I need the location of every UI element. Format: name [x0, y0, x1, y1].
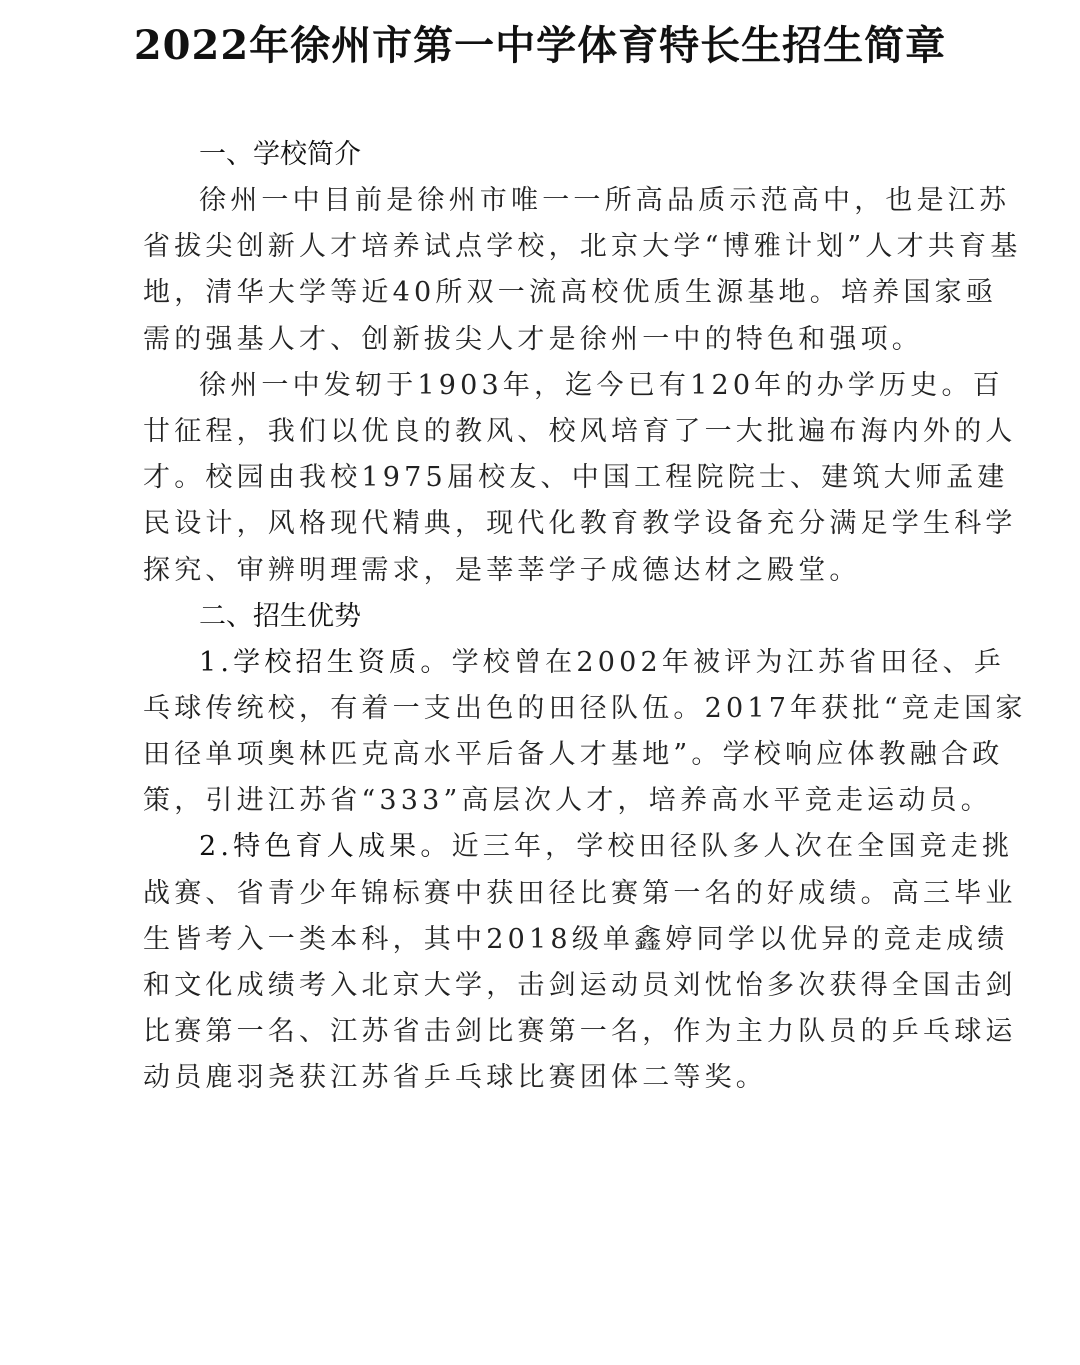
paragraph-school-intro-2: 徐州一中发轫于1903年，迄今已有120年的办学历史。百 廿征程，我们以优良的教…: [143, 363, 943, 594]
text-line: 探究、审辨明理需求，是莘莘学子成德达材之殿堂。: [143, 548, 943, 594]
document-page: 2022年徐州市第一中学体育特长生招生简章 一、学校简介 徐州一中目前是徐州市唯…: [0, 0, 1080, 1365]
text-line: 才。校园由我校1975届校友、中国工程院院士、建筑大师孟建: [143, 455, 943, 501]
text-line: 策，引进江苏省“333”高层次人才，培养高水平竞走运动员。: [143, 778, 943, 824]
text-line-remainder: 学校曾在2002年被评为江苏省田径、乒: [452, 647, 1006, 678]
subheading-education-achievements: 2.特色育人成果。: [199, 831, 452, 862]
text-line: 地，清华大学等近40所双一流高校优质生源基地。培养国家亟: [143, 270, 943, 316]
text-line-remainder: 近三年，学校田径队多人次在全国竞走挑: [452, 831, 1014, 862]
paragraph-education-achievements: 2.特色育人成果。近三年，学校田径队多人次在全国竞走挑 战赛、省青少年锦标赛中获…: [143, 824, 943, 1101]
text-line: 民设计，风格现代精典，现代化教育教学设备充分满足学生科学: [143, 501, 943, 547]
text-line: 乓球传统校，有着一支出色的田径队伍。2017年获批“竞走国家: [143, 686, 943, 732]
section-heading-school-intro: 一、学校简介: [143, 132, 943, 178]
text-line: 1.学校招生资质。学校曾在2002年被评为江苏省田径、乒: [143, 640, 943, 686]
text-line: 廿征程，我们以优良的教风、校风培育了一大批遍布海内外的人: [143, 409, 943, 455]
document-title: 2022年徐州市第一中学体育特长生招生简章: [0, 18, 1080, 74]
text-line: 徐州一中目前是徐州市唯一一所高品质示范高中，也是江苏: [143, 178, 943, 224]
text-line: 2.特色育人成果。近三年，学校田径队多人次在全国竞走挑: [143, 824, 943, 870]
text-line: 和文化成绩考入北京大学，击剑运动员刘忱怡多次获得全国击剑: [143, 963, 943, 1009]
text-line: 战赛、省青少年锦标赛中获田径比赛第一名的好成绩。高三毕业: [143, 871, 943, 917]
paragraph-enrollment-qualification: 1.学校招生资质。学校曾在2002年被评为江苏省田径、乒 乓球传统校，有着一支出…: [143, 640, 943, 825]
text-line: 田径单项奥林匹克高水平后备人才基地”。学校响应体教融合政: [143, 732, 943, 778]
text-line: 徐州一中发轫于1903年，迄今已有120年的办学历史。百: [143, 363, 943, 409]
text-line: 生皆考入一类本科，其中2018级单鑫婷同学以优异的竞走成绩: [143, 917, 943, 963]
document-body: 一、学校简介 徐州一中目前是徐州市唯一一所高品质示范高中，也是江苏 省拔尖创新人…: [143, 132, 943, 1102]
subheading-enrollment-qualification: 1.学校招生资质。: [199, 647, 452, 678]
text-line: 省拔尖创新人才培养试点学校，北京大学“博雅计划”人才共育基: [143, 224, 943, 270]
text-line: 动员鹿羽尧获江苏省乒乓球比赛团体二等奖。: [143, 1055, 943, 1101]
text-line: 比赛第一名、江苏省击剑比赛第一名，作为主力队员的乒乓球运: [143, 1009, 943, 1055]
section-heading-enrollment-advantages: 二、招生优势: [143, 594, 943, 640]
paragraph-school-intro-1: 徐州一中目前是徐州市唯一一所高品质示范高中，也是江苏 省拔尖创新人才培养试点学校…: [143, 178, 943, 363]
text-line: 需的强基人才、创新拔尖人才是徐州一中的特色和强项。: [143, 317, 943, 363]
